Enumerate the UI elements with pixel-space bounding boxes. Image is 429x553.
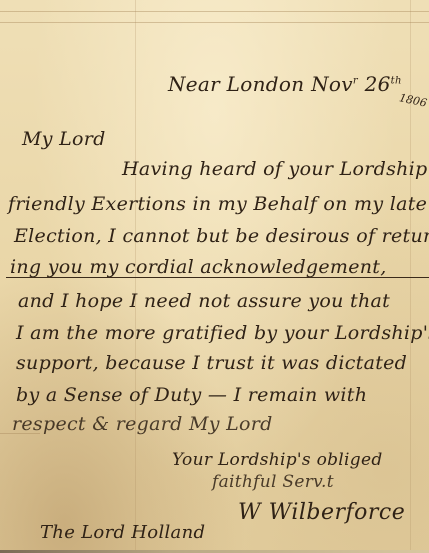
dateline-month-suffix: r — [353, 75, 358, 86]
addressee: The Lord Holland — [40, 522, 205, 543]
salutation: My Lord — [22, 128, 106, 150]
body-line: I am the more gratified by your Lordship… — [16, 322, 429, 344]
dateline-day: 26 — [365, 72, 391, 96]
body-line: support, because I trust it was dictated — [16, 352, 407, 374]
fold-crease — [0, 22, 429, 23]
closing-line: Your Lordship's obliged — [172, 450, 383, 470]
closing-line: faithful Serv.t — [212, 472, 334, 492]
dateline-month: Nov — [311, 72, 353, 96]
ruled-line — [6, 277, 429, 278]
letter-sheet: Near London Novr 26th 1806 My Lord Havin… — [0, 0, 429, 553]
body-line: Election, I cannot but be desirous of re… — [14, 225, 429, 247]
body-line: Having heard of your Lordship's — [122, 158, 429, 180]
dateline: Near London Novr 26th — [168, 72, 402, 96]
body-line: respect & regard My Lord — [12, 413, 273, 435]
dateline-year: 1806 — [398, 91, 428, 110]
body-line: and I hope I need not assure you that — [18, 290, 390, 312]
body-line: friendly Exertions in my Behalf on my la… — [8, 193, 427, 215]
body-line: ing you my cordial acknowledgement, — [10, 256, 387, 278]
fold-crease — [0, 11, 429, 12]
dateline-day-suffix: th — [391, 75, 402, 86]
body-line: by a Sense of Duty — I remain with — [16, 384, 367, 406]
dateline-place: Near London — [168, 72, 304, 96]
signature: W Wilberforce — [238, 500, 405, 525]
